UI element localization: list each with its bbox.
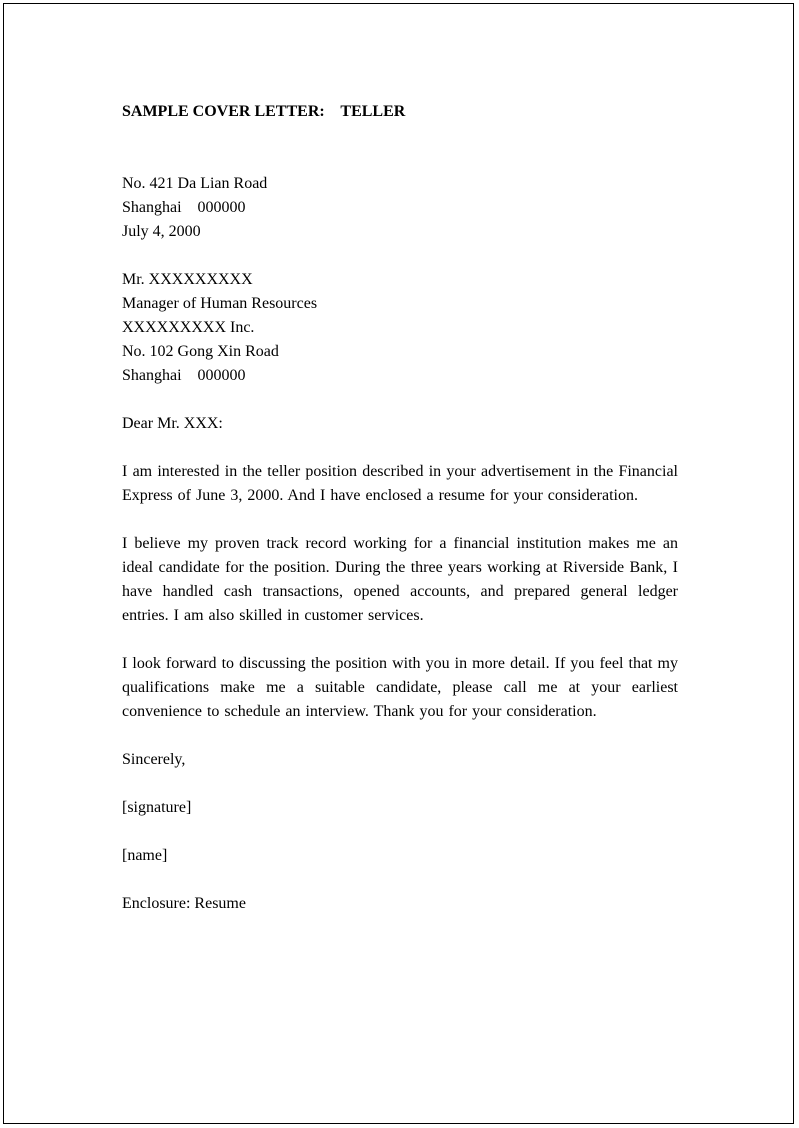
sender-city-line: Shanghai 000000	[122, 196, 678, 220]
recipient-address-line: No. 102 Gong Xin Road	[122, 340, 678, 364]
sender-address-line: No. 421 Da Lian Road	[122, 172, 678, 196]
signature-placeholder: [signature]	[122, 796, 678, 820]
body-paragraph-1: I am interested in the teller position d…	[122, 460, 678, 508]
letter-page: SAMPLE COVER LETTER: TELLER No. 421 Da L…	[3, 3, 794, 1124]
sender-block: No. 421 Da Lian Road Shanghai 000000 Jul…	[122, 172, 678, 244]
closing-line: Sincerely,	[122, 748, 678, 772]
enclosure-block: Enclosure: Resume	[122, 892, 678, 916]
closing-block: Sincerely,	[122, 748, 678, 772]
recipient-name: Mr. XXXXXXXXX	[122, 268, 678, 292]
enclosure-line: Enclosure: Resume	[122, 892, 678, 916]
name-placeholder-line: [name]	[122, 844, 678, 868]
recipient-title: Manager of Human Resources	[122, 292, 678, 316]
recipient-block: Mr. XXXXXXXXX Manager of Human Resources…	[122, 268, 678, 388]
name-placeholder: [name]	[122, 844, 678, 868]
body-paragraph-2: I believe my proven track record working…	[122, 532, 678, 628]
letter-content: SAMPLE COVER LETTER: TELLER No. 421 Da L…	[4, 4, 678, 916]
letter-date: July 4, 2000	[122, 220, 678, 244]
body-paragraph-3: I look forward to discussing the positio…	[122, 652, 678, 724]
salutation: Dear Mr. XXX:	[122, 412, 678, 436]
letter-title: SAMPLE COVER LETTER: TELLER	[122, 100, 678, 124]
salutation-line: Dear Mr. XXX:	[122, 412, 678, 436]
signature-placeholder-line: [signature]	[122, 796, 678, 820]
recipient-company: XXXXXXXXX Inc.	[122, 316, 678, 340]
recipient-city-line: Shanghai 000000	[122, 364, 678, 388]
